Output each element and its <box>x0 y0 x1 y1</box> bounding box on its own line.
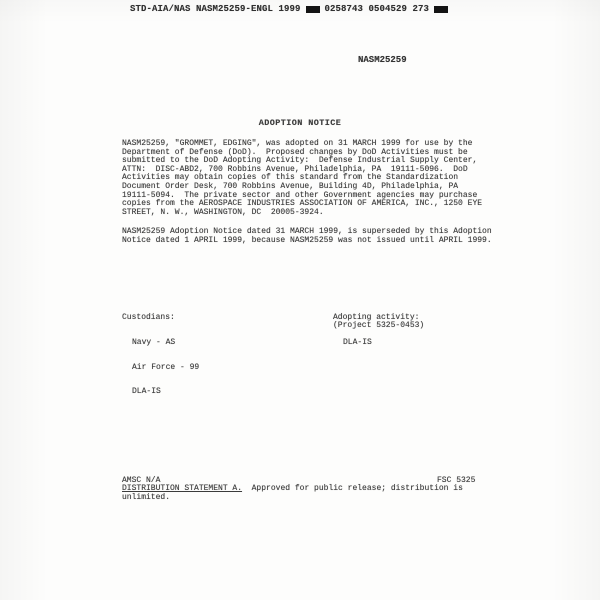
distribution-statement: DISTRIBUTION STATEMENT A. Approved for p… <box>122 485 478 502</box>
custodian-item-dla: DLA-IS <box>122 388 199 396</box>
scan-header-standard-id: STD-AIA/NAS NASM25259-ENGL 1999 <box>130 4 301 14</box>
document-number: NASM25259 <box>358 55 407 65</box>
custodian-item-navy: Navy - AS <box>122 339 199 347</box>
adoption-paragraph: NASM25259, "GROMMET, EDGING", was adopte… <box>122 140 484 217</box>
scan-header-code: 0258743 0504529 273 <box>325 4 430 14</box>
project-number: (Project 5325-0453) <box>333 321 424 330</box>
custodians-label: Custodians: <box>122 314 199 322</box>
adopting-activity-block: Adopting activity: DLA-IS <box>333 298 419 364</box>
supersession-paragraph: NASM25259 Adoption Notice dated 31 MARCH… <box>122 228 484 245</box>
custodian-item-air-force: Air Force - 99 <box>122 364 199 372</box>
black-square-icon <box>306 6 320 13</box>
black-square-icon <box>434 6 448 13</box>
custodians-block: Custodians: Navy - AS Air Force - 99 DLA… <box>122 298 199 413</box>
adopting-activity-value: DLA-IS <box>333 339 419 347</box>
page-title: ADOPTION NOTICE <box>122 118 478 128</box>
scan-header: STD-AIA/NAS NASM25259-ENGL 1999 0258743 … <box>130 4 448 14</box>
scanned-document-page: STD-AIA/NAS NASM25259-ENGL 1999 0258743 … <box>0 0 600 600</box>
